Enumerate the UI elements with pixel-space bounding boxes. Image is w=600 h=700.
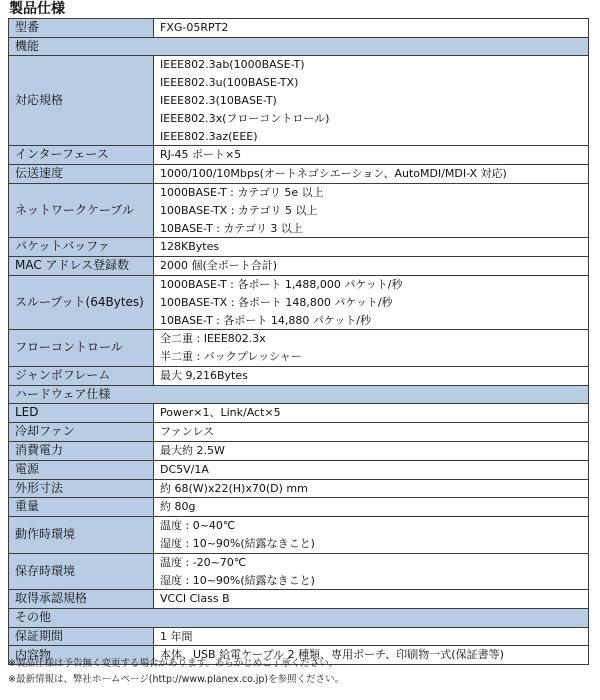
spec-row: 伝送速度1000/100/10Mbps(オートネゴシエーション、AutoMDI/… <box>9 165 589 184</box>
spec-label: スループット(64Bytes) <box>9 275 154 329</box>
section-header-row: 機能 <box>9 37 589 56</box>
spec-value-line: IEEE802.3az(EEE) <box>160 128 588 146</box>
spec-value: 全二重 : IEEE802.3x半二重 : バックプレッシャー <box>154 330 589 367</box>
spec-row: 保存時環境温度 : -20~70℃湿度 : 10~90%(結露なきこと) <box>9 553 589 590</box>
spec-value: 1000BASE-T : カテゴリ 5e 以上100BASE-TX : カテゴリ… <box>154 183 589 237</box>
spec-value: RJ-45 ポート×5 <box>154 146 589 165</box>
spec-value-line: DC5V/1A <box>160 461 588 479</box>
spec-row: ジャンボフレーム最大 9,216Bytes <box>9 366 589 385</box>
spec-value: 1000/100/10Mbps(オートネゴシエーション、AutoMDI/MDI-… <box>154 165 589 184</box>
spec-label: 伝送速度 <box>9 165 154 184</box>
spec-value-line: 10BASE-T : カテゴリ 3 以上 <box>160 220 588 238</box>
spec-label: 動作時環境 <box>9 517 154 554</box>
spec-row: 重量約 80g <box>9 498 589 517</box>
spec-value-line: 約 68(W)x22(H)x70(D) mm <box>160 480 588 498</box>
spec-label: 保存時環境 <box>9 553 154 590</box>
spec-row: 電源DC5V/1A <box>9 460 589 479</box>
spec-table: 型番FXG-05RPT2機能対応規格IEEE802.3ab(1000BASE-T… <box>8 18 589 665</box>
spec-row: ネットワークケーブル1000BASE-T : カテゴリ 5e 以上100BASE… <box>9 183 589 237</box>
section-header-row: ハードウェア仕様 <box>9 385 589 404</box>
spec-label: 冷却ファン <box>9 423 154 442</box>
spec-label: MAC アドレス登録数 <box>9 257 154 276</box>
spec-value-line: 半二重 : バックプレッシャー <box>160 348 588 366</box>
spec-row: インターフェースRJ-45 ポート×5 <box>9 146 589 165</box>
section-header-row: その他 <box>9 609 589 628</box>
spec-table-body: 型番FXG-05RPT2機能対応規格IEEE802.3ab(1000BASE-T… <box>9 19 589 665</box>
spec-value: VCCI Class B <box>154 590 589 609</box>
spec-label: 外形寸法 <box>9 479 154 498</box>
section-header: その他 <box>9 609 589 628</box>
spec-value-line: 最大 9,216Bytes <box>160 367 588 385</box>
spec-value-line: 全二重 : IEEE802.3x <box>160 330 588 348</box>
page-title: 製品仕様 <box>9 0 65 18</box>
spec-value-line: IEEE802.3(10BASE-T) <box>160 92 588 110</box>
spec-value-line: 約 80g <box>160 498 588 516</box>
spec-label: 対応規格 <box>9 56 154 146</box>
spec-value-line: 1 年間 <box>160 628 588 646</box>
spec-value-line: 128KBytes <box>160 238 588 256</box>
spec-row: スループット(64Bytes)1000BASE-T : 各ポート 1,488,0… <box>9 275 589 329</box>
spec-value-line: 温度 : -20~70℃ <box>160 554 588 572</box>
spec-value: 128KBytes <box>154 238 589 257</box>
spec-label: インターフェース <box>9 146 154 165</box>
spec-value: 温度 : 0~40℃湿度 : 10~90%(結露なきこと) <box>154 517 589 554</box>
spec-row: 外形寸法約 68(W)x22(H)x70(D) mm <box>9 479 589 498</box>
spec-value-line: 100BASE-TX : カテゴリ 5 以上 <box>160 202 588 220</box>
spec-value-line: 湿度 : 10~90%(結露なきこと) <box>160 572 588 590</box>
spec-value: 2000 個(全ポート合計) <box>154 257 589 276</box>
spec-value-line: 1000BASE-T : 各ポート 1,488,000 パケット/秒 <box>160 276 588 294</box>
spec-row: 取得承認規格VCCI Class B <box>9 590 589 609</box>
spec-value-line: 2000 個(全ポート合計) <box>160 257 588 275</box>
spec-value: ファンレス <box>154 423 589 442</box>
section-header: 機能 <box>9 37 589 56</box>
spec-value-line: 10BASE-T : 各ポート 14,880 パケット/秒 <box>160 312 588 330</box>
spec-row: MAC アドレス登録数2000 個(全ポート合計) <box>9 257 589 276</box>
footnotes: ※製品仕様は予告無く変更する場合があります。あらかじめご了承ください。 ※最新情… <box>8 656 344 688</box>
spec-value: Power×1、Link/Act×5 <box>154 404 589 423</box>
spec-value-line: IEEE802.3u(100BASE-TX) <box>160 74 588 92</box>
spec-value-line: 1000/100/10Mbps(オートネゴシエーション、AutoMDI/MDI-… <box>160 165 588 183</box>
spec-label: 重量 <box>9 498 154 517</box>
spec-label: 消費電力 <box>9 441 154 460</box>
spec-value: 最大約 2.5W <box>154 441 589 460</box>
spec-value: 最大 9,216Bytes <box>154 366 589 385</box>
spec-value-line: 最大約 2.5W <box>160 442 588 460</box>
spec-value-line: FXG-05RPT2 <box>160 19 588 37</box>
spec-value: 約 80g <box>154 498 589 517</box>
spec-value-line: 100BASE-TX : 各ポート 148,800 パケット/秒 <box>160 294 588 312</box>
spec-value: 約 68(W)x22(H)x70(D) mm <box>154 479 589 498</box>
spec-value-line: 温度 : 0~40℃ <box>160 517 588 535</box>
spec-label: 取得承認規格 <box>9 590 154 609</box>
spec-value: 1000BASE-T : 各ポート 1,488,000 パケット/秒100BAS… <box>154 275 589 329</box>
spec-value-line: ファンレス <box>160 423 588 441</box>
spec-value: DC5V/1A <box>154 460 589 479</box>
spec-row: 型番FXG-05RPT2 <box>9 19 589 38</box>
spec-label: LED <box>9 404 154 423</box>
spec-label: 型番 <box>9 19 154 38</box>
spec-value: IEEE802.3ab(1000BASE-T)IEEE802.3u(100BAS… <box>154 56 589 146</box>
spec-value-line: IEEE802.3x(フローコントロール) <box>160 110 588 128</box>
spec-row: 消費電力最大約 2.5W <box>9 441 589 460</box>
spec-row: 冷却ファンファンレス <box>9 423 589 442</box>
spec-row: 対応規格IEEE802.3ab(1000BASE-T)IEEE802.3u(10… <box>9 56 589 146</box>
spec-label: ジャンボフレーム <box>9 366 154 385</box>
spec-value: 温度 : -20~70℃湿度 : 10~90%(結露なきこと) <box>154 553 589 590</box>
spec-value-line: VCCI Class B <box>160 590 588 608</box>
spec-value-line: IEEE802.3ab(1000BASE-T) <box>160 56 588 74</box>
spec-label: 保証期間 <box>9 627 154 646</box>
spec-row: 保証期間1 年間 <box>9 627 589 646</box>
spec-label: 電源 <box>9 460 154 479</box>
spec-value-line: Power×1、Link/Act×5 <box>160 404 588 422</box>
spec-row: フローコントロール全二重 : IEEE802.3x半二重 : バックプレッシャー <box>9 330 589 367</box>
spec-value: 1 年間 <box>154 627 589 646</box>
spec-label: ネットワークケーブル <box>9 183 154 237</box>
spec-row: 動作時環境温度 : 0~40℃湿度 : 10~90%(結露なきこと) <box>9 517 589 554</box>
footnote-spec-change: ※製品仕様は予告無く変更する場合があります。あらかじめご了承ください。 <box>8 656 344 672</box>
spec-value-line: RJ-45 ポート×5 <box>160 146 588 164</box>
spec-row: LEDPower×1、Link/Act×5 <box>9 404 589 423</box>
spec-value: FXG-05RPT2 <box>154 19 589 38</box>
footnote-website: ※最新情報は、弊社ホームページ(http://www.planex.co.jp)… <box>8 672 344 688</box>
spec-value-line: 湿度 : 10~90%(結露なきこと) <box>160 535 588 553</box>
spec-value-line: 1000BASE-T : カテゴリ 5e 以上 <box>160 184 588 202</box>
spec-label: フローコントロール <box>9 330 154 367</box>
section-header: ハードウェア仕様 <box>9 385 589 404</box>
spec-label: パケットバッファ <box>9 238 154 257</box>
spec-row: パケットバッファ128KBytes <box>9 238 589 257</box>
